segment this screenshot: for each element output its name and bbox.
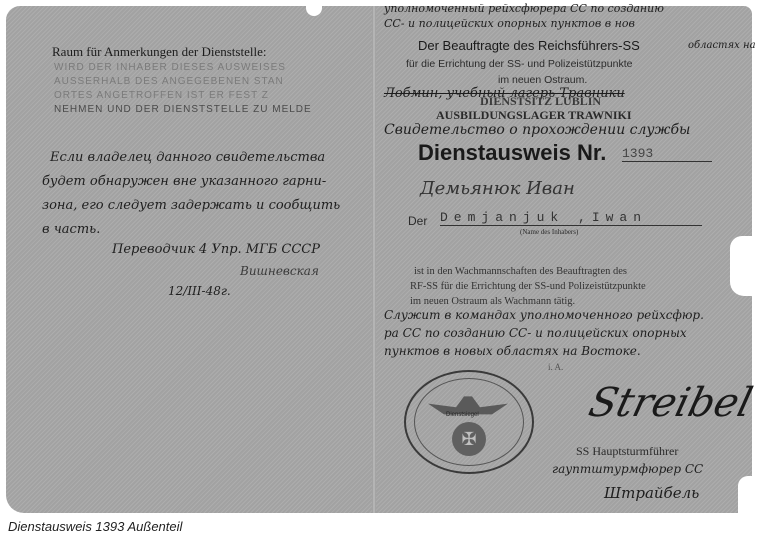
wreath-emblem-icon: ✠ [452, 422, 486, 456]
hand-note-line-3: зона, его следует задержать и сообщить [42, 198, 340, 213]
hand-note-line-2: будет обнаружен вне указанного гарни- [42, 174, 326, 189]
streibel-signature: Streibel [584, 380, 757, 426]
center-fold [372, 6, 376, 513]
body-line-2: RF-SS für die Errichtung der SS-und Poli… [410, 281, 646, 292]
title-line-2: für die Errichtung der SS- und Polizeist… [406, 58, 632, 70]
hand-note-line-1: Если владелец данного свидетельства [50, 150, 325, 165]
dienstsitz-line: DIENSTSITZ LUBLIN [480, 94, 601, 109]
hand-top-line-3: областях на Востоке [688, 40, 758, 51]
hand-signature-cyrillic: Штрайбель [604, 484, 699, 502]
image-caption: Dienstausweis 1393 Außenteil [8, 519, 182, 534]
faded-line-2: AUSSERHALB DES ANGEGEBENEN STAN [54, 76, 284, 87]
der-label: Der [408, 214, 427, 228]
faded-line-3: ORTES ANGETROFFEN IST ER FEST Z [54, 90, 269, 101]
card-tear-bottom [738, 476, 752, 520]
holder-name: Demjanjuk ,Iwan [440, 210, 702, 226]
hand-rank: гауптштурмфюрер СС [552, 462, 703, 476]
hand-body-line-3: пунктов в новых областях на Востоке. [384, 344, 641, 358]
holder-caption: (Name des Inhabers) [520, 228, 578, 236]
rank-label: SS Hauptsturmführer [576, 444, 678, 459]
hand-top-line-1: уполномоченный рейхсфюрера СС по создани… [384, 2, 664, 15]
hand-body-line-2: ра СС по созданию СС- и полицейских опор… [384, 326, 687, 340]
title-line-3: im neuen Ostraum. [498, 74, 587, 86]
hand-certificate-title: Свидетельство о прохождении службы [384, 122, 690, 138]
seal-label: Dienstsiegel [446, 412, 479, 418]
note-date: 12/III-48г. [168, 284, 231, 298]
faded-line-4: NEHMEN UND DER DIENSTSTELLE ZU MELDE [54, 104, 312, 115]
hand-body-line-1: Служит в командах уполномоченного рейхсф… [384, 308, 704, 322]
left-heading: Raum für Anmerkungen der Dienststelle: [52, 44, 266, 60]
doc-label: Dienstausweis Nr. [418, 140, 606, 166]
hand-top-line-2: СС- и полицейских опорных пунктов в нов [384, 17, 635, 30]
ia-label: i. A. [548, 362, 563, 372]
hand-holder-name: Демьянюк Иван [420, 178, 575, 199]
hand-note-line-4: в часть. [42, 222, 100, 237]
doc-number: 1393 [622, 146, 712, 162]
card-tear [730, 236, 752, 296]
translator-line: Переводчик 4 Упр. МГБ СССР [112, 242, 320, 257]
card-notch [306, 6, 322, 16]
translator-signature: Вишневская [240, 264, 319, 278]
title-line-1: Der Beauftragte des Reichsführers-SS [418, 38, 640, 53]
body-line-3: im neuen Ostraum als Wachmann tätig. [410, 296, 575, 307]
camp-line: AUSBILDUNGSLAGER TRAWNIKI [436, 108, 632, 123]
faded-line-1: WIRD DER INHABER DIESES AUSWEISES [54, 62, 286, 73]
official-seal: Dienstsiegel ✠ [404, 370, 534, 474]
body-line-1: ist in den Wachmannschaften des Beauftra… [414, 266, 627, 277]
